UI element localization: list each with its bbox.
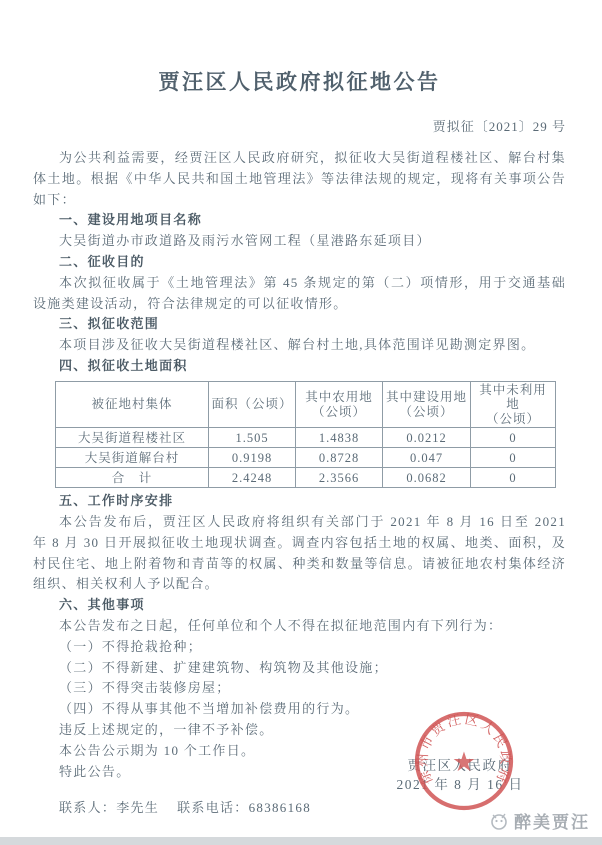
seal-star-icon: ★ xyxy=(452,747,476,777)
section-1-heading: 一、建设用地项目名称 xyxy=(33,210,566,231)
document-number: 贾拟征〔2021〕29 号 xyxy=(33,116,566,135)
document-body: 贾汪区人民政府拟征地公告 贾拟征〔2021〕29 号 为公共利益需要，经贾汪区人… xyxy=(0,0,602,816)
watermark-logo-icon xyxy=(489,811,509,831)
section-5-paragraph: 本公告发布后，贾汪区人民政府将组织有关部门于 2021 年 8 月 16 日至 … xyxy=(33,512,566,595)
cell-unused: 0 xyxy=(471,448,556,468)
cell-total-agricultural: 2.3566 xyxy=(296,468,383,488)
prohibited-item-2: （二）不得新建、扩建建筑物、构筑物及其他设施； xyxy=(33,658,566,679)
header-unused-label: 其中未利用地 xyxy=(473,383,553,412)
header-unused: 其中未利用地 （公顷） xyxy=(471,381,556,428)
watermark-text: 醉美贾汪 xyxy=(514,808,590,833)
cell-total-area: 2.4248 xyxy=(209,468,296,488)
header-collective: 被征地村集体 xyxy=(56,381,209,428)
header-construction-unit: （公顷） xyxy=(385,405,468,420)
header-agricultural-label: 其中农用地 xyxy=(298,390,380,405)
page-title: 贾汪区人民政府拟征地公告 xyxy=(33,66,566,96)
table-total-row: 合 计 2.4248 2.3566 0.0682 0 xyxy=(56,468,556,488)
section-2-paragraph: 本次拟征收属于《土地管理法》第 45 条规定的第（二）项情形，用于交通基础设施类… xyxy=(33,273,566,315)
table-header-row: 被征地村集体 面积（公顷） 其中农用地 （公顷） 其中建设用地 （公顷） 其中未… xyxy=(56,381,556,428)
watermark: 醉美贾汪 xyxy=(489,808,590,833)
cell-total-label: 合 计 xyxy=(56,468,209,488)
scan-edge-strip xyxy=(0,837,602,845)
prohibited-item-3: （三）不得突击装修房屋； xyxy=(33,678,566,699)
announcement-document: 贾汪区人民政府拟征地公告 贾拟征〔2021〕29 号 为公共利益需要，经贾汪区人… xyxy=(0,0,602,845)
table-row: 大吴街道程楼社区 1.505 1.4838 0.0212 0 xyxy=(56,428,556,448)
cell-total-unused: 0 xyxy=(471,468,556,488)
section-4-heading: 四、拟征收土地面积 xyxy=(33,356,566,377)
cell-construction: 0.0212 xyxy=(383,428,471,448)
cell-agricultural: 0.8728 xyxy=(296,448,383,468)
cell-area: 1.505 xyxy=(209,428,296,448)
section-6-heading: 六、其他事项 xyxy=(33,595,566,616)
intro-paragraph: 为公共利益需要，经贾汪区人民政府研究，拟征收大吴街道程楼社区、解台村集体土地。根… xyxy=(33,148,566,210)
header-agricultural-unit: （公顷） xyxy=(298,405,380,420)
section-5-heading: 五、工作时序安排 xyxy=(33,491,566,512)
cell-construction: 0.047 xyxy=(383,448,471,468)
header-agricultural: 其中农用地 （公顷） xyxy=(296,381,383,428)
prohibited-item-1: （一）不得抢栽抢种； xyxy=(33,637,566,658)
contact-phone: 联系电话：68386168 xyxy=(177,800,311,815)
section-6-intro: 本公告发布之日起，任何单位和个人不得在拟征地范围内有下列行为： xyxy=(33,616,566,637)
land-area-table: 被征地村集体 面积（公顷） 其中农用地 （公顷） 其中建设用地 （公顷） 其中未… xyxy=(55,381,556,489)
official-seal: 徐州市贾汪区人民政府 ★ xyxy=(412,709,516,813)
header-unused-unit: （公顷） xyxy=(473,412,553,427)
cell-total-construction: 0.0682 xyxy=(383,468,471,488)
section-3-paragraph: 本项目涉及征收大吴街道程楼社区、解台村土地,具体范围详见勘测定界图。 xyxy=(33,335,566,356)
header-area: 面积（公顷） xyxy=(209,381,296,428)
contact-person: 联系人：李先生 xyxy=(59,800,159,815)
cell-unused: 0 xyxy=(471,428,556,448)
header-collective-label: 被征地村集体 xyxy=(58,397,206,412)
header-construction: 其中建设用地 （公顷） xyxy=(383,381,471,428)
cell-collective: 大吴街道解台村 xyxy=(56,448,209,468)
cell-area: 0.9198 xyxy=(209,448,296,468)
cell-collective: 大吴街道程楼社区 xyxy=(56,428,209,448)
section-2-heading: 二、征收目的 xyxy=(33,252,566,273)
section-1-paragraph: 大吴街道办市政道路及雨污水管网工程（星港路东延项目） xyxy=(33,231,566,252)
header-area-label: 面积（公顷） xyxy=(211,397,293,412)
header-construction-label: 其中建设用地 xyxy=(385,390,468,405)
section-3-heading: 三、拟征收范围 xyxy=(33,314,566,335)
cell-agricultural: 1.4838 xyxy=(296,428,383,448)
table-row: 大吴街道解台村 0.9198 0.8728 0.047 0 xyxy=(56,448,556,468)
